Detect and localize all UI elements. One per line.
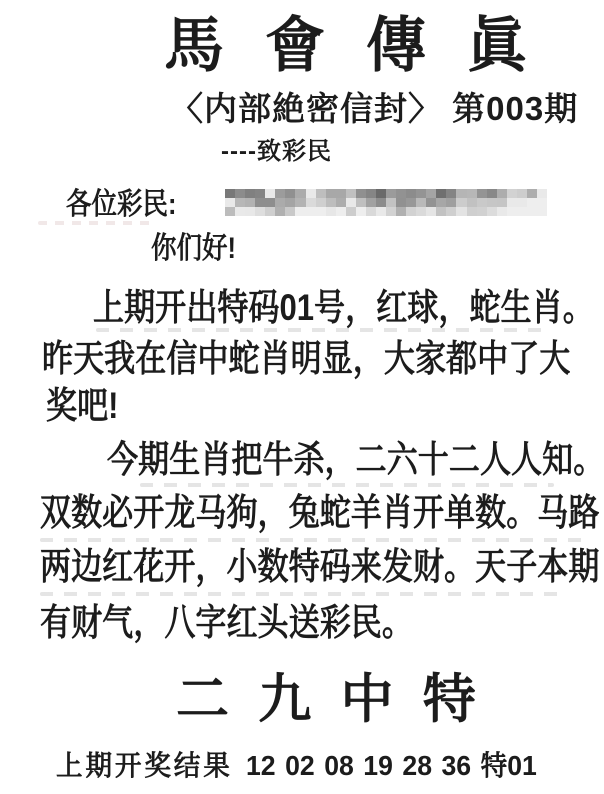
last-draw-label: 上期开奖结果: [56, 752, 233, 780]
salutation-text: 各位彩民:: [66, 190, 177, 220]
letter-line-2: 昨天我在信中蛇肖明显，大家都中了大: [42, 340, 570, 377]
greeting-text: 你们好!: [151, 234, 236, 264]
special-number-value: 01: [507, 752, 537, 780]
draw-number: 02: [285, 752, 315, 780]
draw-number: 36: [442, 752, 472, 780]
draw-number: 08: [324, 752, 354, 780]
scan-smudge: [140, 483, 554, 487]
draw-number: 19: [363, 752, 393, 780]
letter-line-3: 奖吧!: [46, 387, 119, 424]
letter-line-7: 有财气，八字红头送彩民。: [40, 604, 413, 641]
letter-line-5: 双数必开龙马狗，兔蛇羊肖开单数。马路: [40, 494, 599, 531]
fax-document-page: 馬 會 傳 眞 〈内部絶密信封〉 第003期 ----致彩民 各位彩民: 你们好…: [0, 0, 604, 794]
scan-smudge: [40, 592, 560, 596]
censored-contact-mosaic: [225, 189, 547, 216]
special-number-group: 特01: [481, 752, 537, 780]
issue-line: 〈内部絶密信封〉 第003期: [170, 92, 578, 125]
last-draw-results-row: 上期开奖结果 12 02 08 19 28 36 特01: [56, 752, 537, 780]
letter-line-6: 两边红花开，小数特码来发财。天子本期: [40, 548, 599, 585]
special-number-label: 特: [481, 752, 508, 780]
scan-smudge: [96, 328, 542, 332]
letter-line-4: 今期生肖把牛杀，二六十二人人知。: [107, 441, 604, 478]
letter-line-1: 上期开出特码01号，红球，蛇生肖。: [93, 289, 594, 326]
dedication-line: ----致彩民: [221, 140, 332, 164]
draw-number: 12: [246, 752, 276, 780]
masthead-title: 馬 會 傳 眞: [164, 16, 540, 76]
scan-smudge: [38, 221, 156, 225]
prediction-headline: 二 九 中 特: [176, 674, 484, 727]
scan-smudge: [40, 538, 592, 542]
draw-number: 28: [402, 752, 432, 780]
